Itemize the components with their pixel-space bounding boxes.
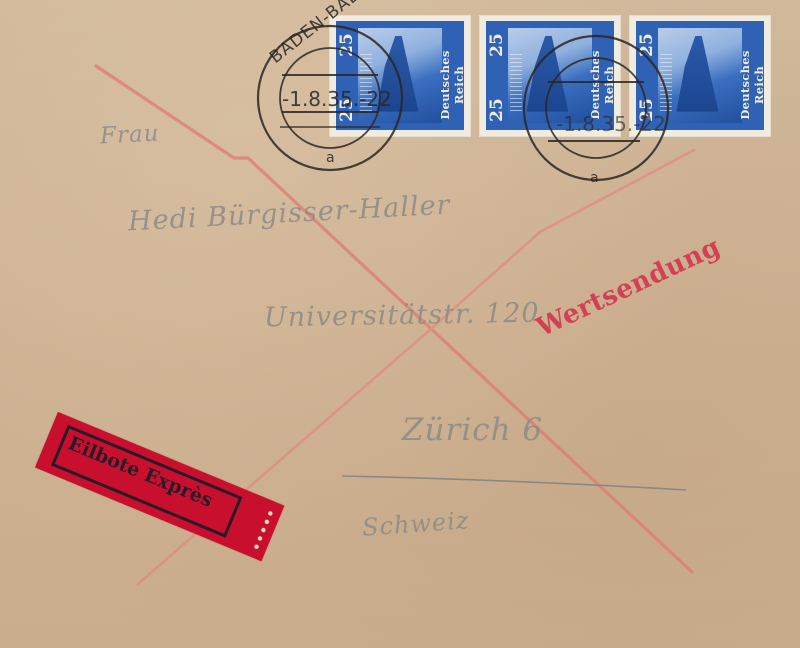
stamp-issuer: Deutsches Reich xyxy=(438,35,466,135)
stamp-value: 25 xyxy=(487,98,507,122)
locomotive-icon xyxy=(526,36,568,112)
locomotive-icon xyxy=(676,36,718,112)
envelope: Frau Hedi Bürgisser-Haller Universitätst… xyxy=(0,0,800,648)
stamp-value: 25 xyxy=(487,33,507,57)
postmark-date: -1.8.35.-22 xyxy=(282,87,392,111)
stamp-issuer: Deutsches Reich xyxy=(738,35,766,135)
postmark-letter: a xyxy=(326,150,335,166)
stamp: 25 25 Deutsches Reich xyxy=(330,16,470,136)
stamp-value: 25 xyxy=(337,33,357,57)
postmark-letter: a xyxy=(590,170,599,186)
postmark-date: -1.8.35.-22 xyxy=(556,112,666,136)
stamp-value: 25 xyxy=(637,33,657,57)
